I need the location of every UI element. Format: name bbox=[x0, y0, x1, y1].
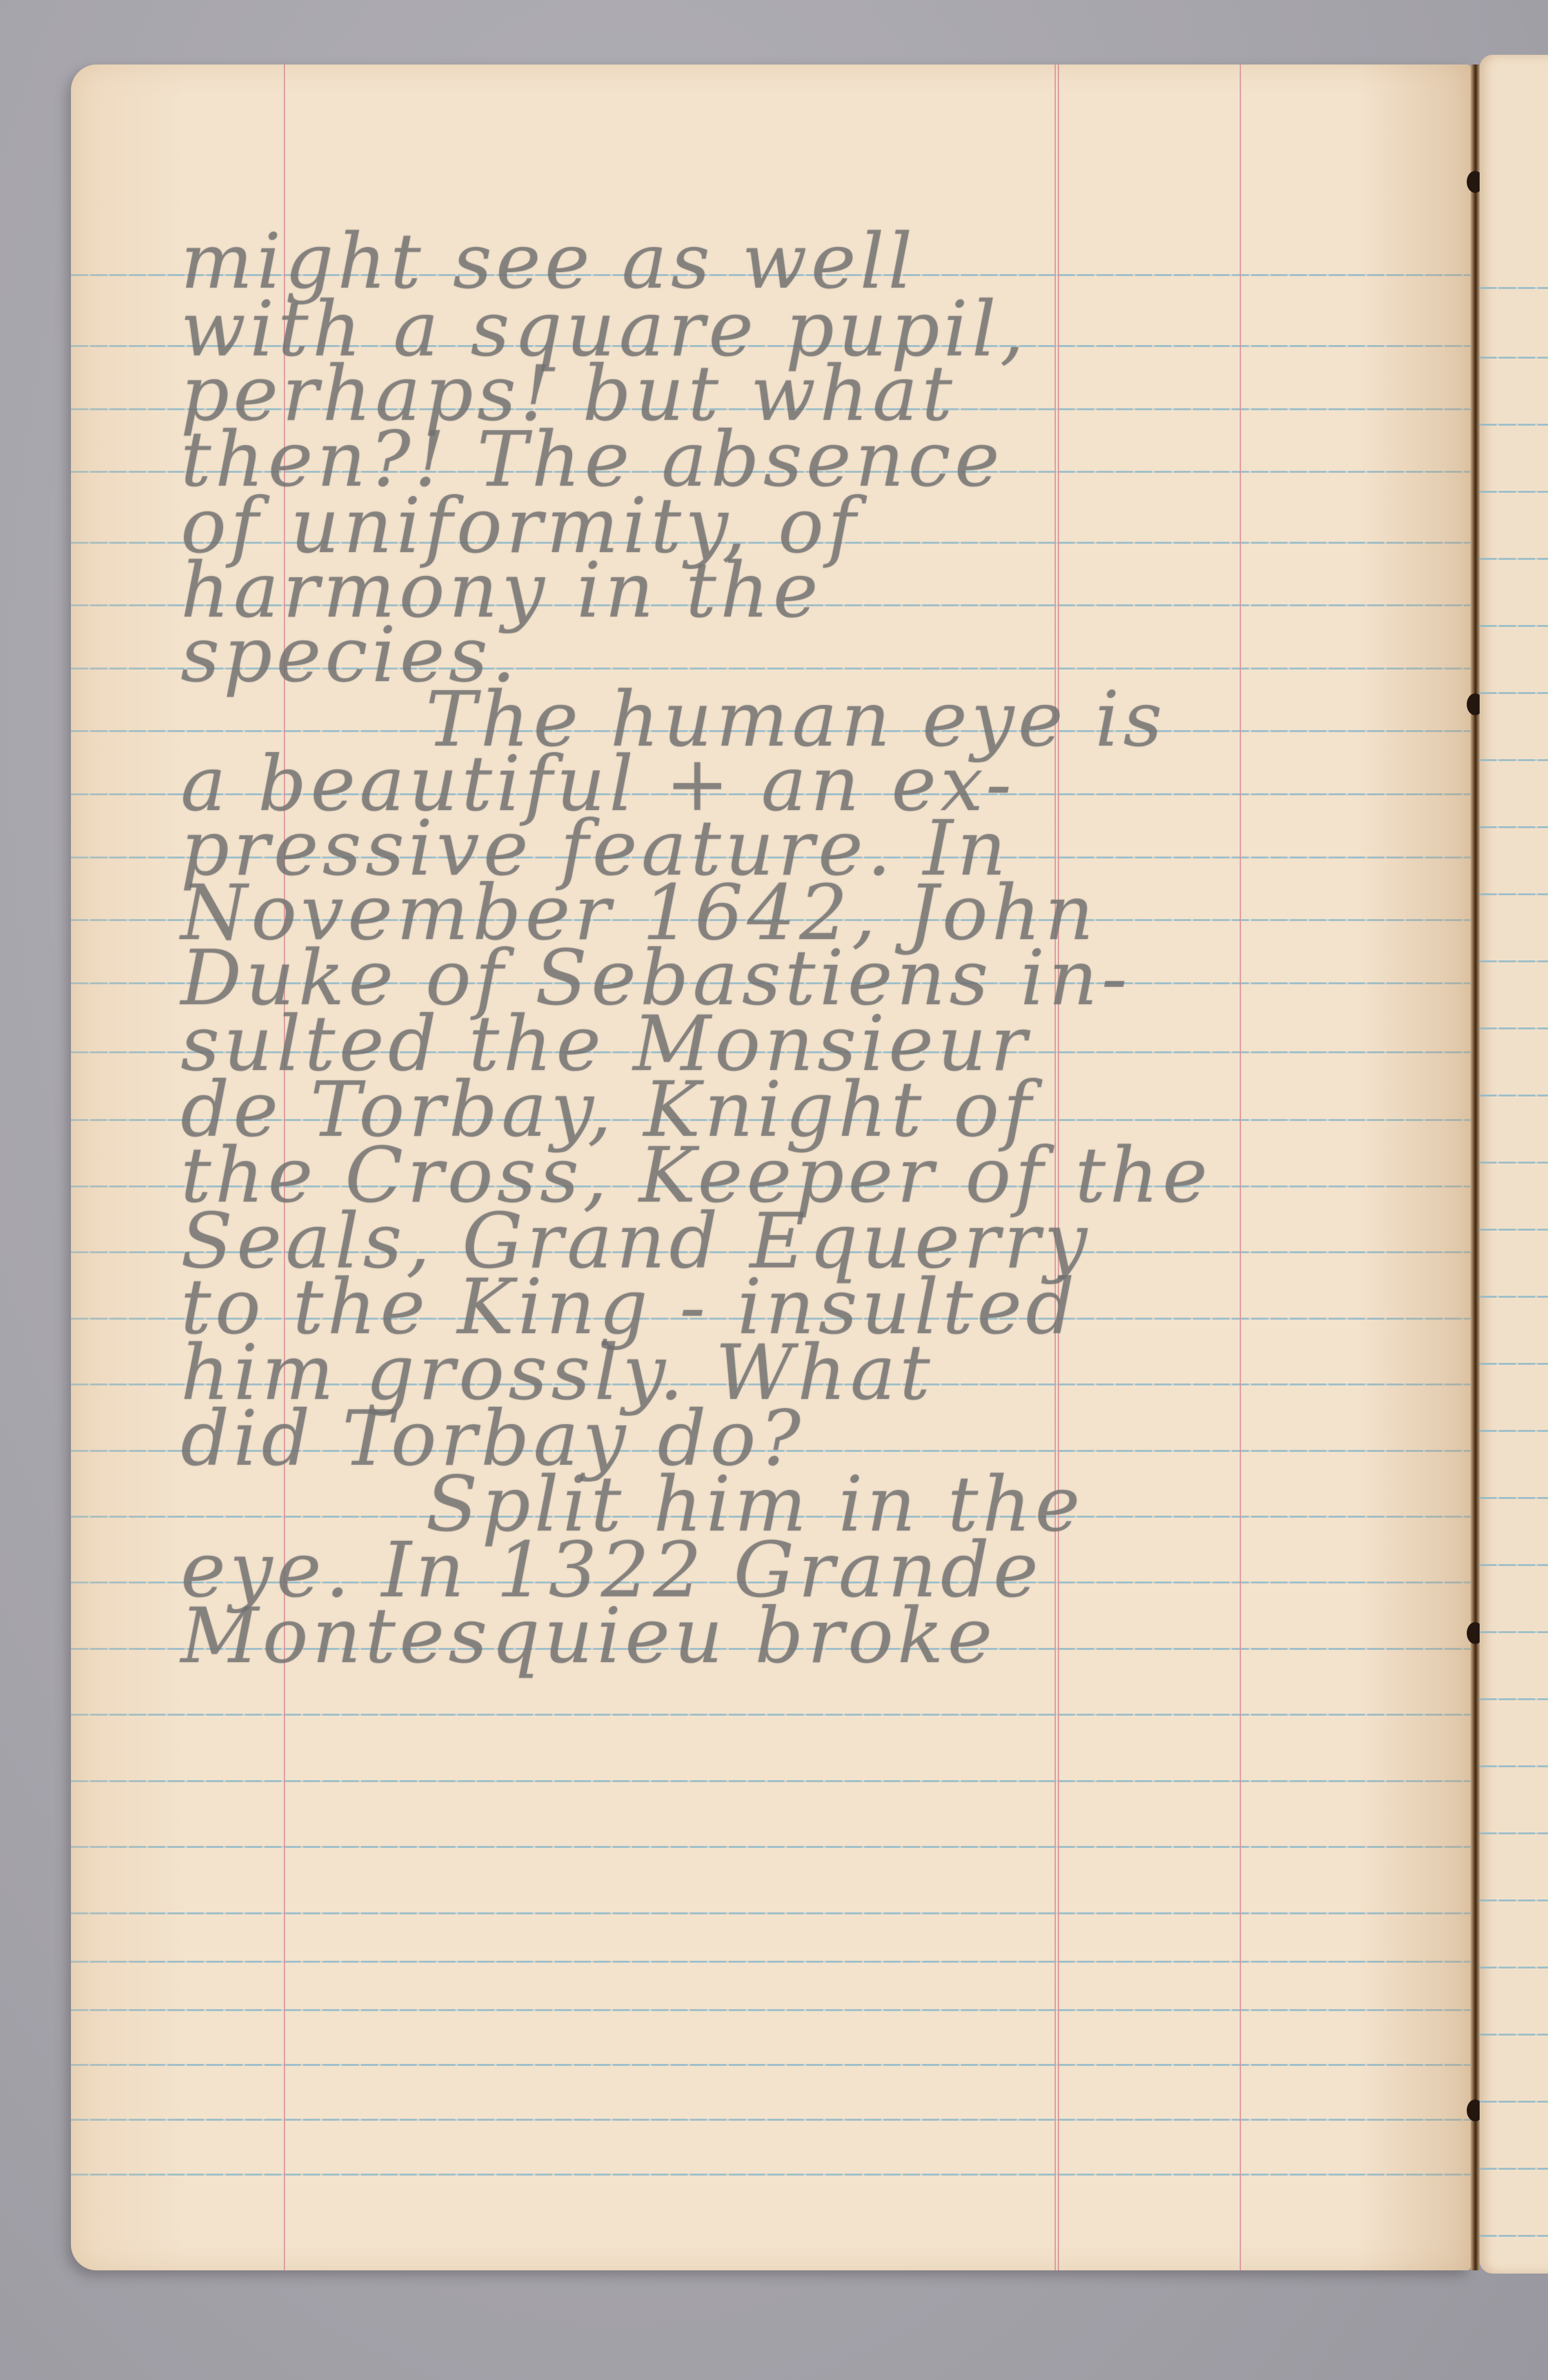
ruled-line bbox=[1480, 692, 1548, 694]
ruled-line bbox=[1480, 1564, 1548, 1566]
ruled-line bbox=[1480, 1095, 1548, 1096]
ruled-line bbox=[1480, 1832, 1548, 1834]
ruled-line bbox=[1480, 1027, 1548, 1029]
ruled-line bbox=[71, 1780, 1471, 1782]
facing-page-edge bbox=[1480, 55, 1548, 2274]
ruled-line bbox=[1480, 1967, 1548, 1968]
ruled-line bbox=[1480, 893, 1548, 895]
ruled-line bbox=[1480, 1363, 1548, 1365]
notebook-page: might see as well with a square pupil, p… bbox=[71, 64, 1471, 2270]
ruled-line bbox=[71, 2009, 1471, 2011]
ruled-line bbox=[1480, 759, 1548, 761]
ruled-line bbox=[71, 1961, 1471, 1963]
ruled-line bbox=[71, 1714, 1471, 1716]
ruled-line bbox=[1480, 1430, 1548, 1432]
ruled-line bbox=[1480, 2168, 1548, 2170]
ruled-line bbox=[1480, 1899, 1548, 1901]
text-line: Montesquieu broke bbox=[181, 1603, 1445, 1669]
ruled-line bbox=[71, 1846, 1471, 1848]
ruled-line bbox=[1480, 558, 1548, 560]
ruled-line bbox=[1480, 960, 1548, 962]
ruled-line bbox=[1480, 1229, 1548, 1231]
ruled-line bbox=[71, 2119, 1471, 2121]
ruled-line bbox=[1480, 2101, 1548, 2103]
ruled-line bbox=[1480, 1631, 1548, 1633]
ruled-line bbox=[1480, 424, 1548, 426]
ruled-line bbox=[71, 2064, 1471, 2066]
ruled-line bbox=[71, 2174, 1471, 2176]
ruled-line bbox=[1480, 491, 1548, 493]
notebook-spine bbox=[1471, 64, 1480, 2270]
ruled-line bbox=[1480, 2235, 1548, 2237]
ruled-line bbox=[1480, 1296, 1548, 1298]
ruled-line bbox=[1480, 1162, 1548, 1164]
ruled-line bbox=[1480, 826, 1548, 828]
ruled-line bbox=[1480, 625, 1548, 627]
ruled-line bbox=[1480, 1497, 1548, 1499]
ruled-line bbox=[1480, 1698, 1548, 1700]
ruled-line bbox=[1480, 1765, 1548, 1767]
ruled-line bbox=[1480, 357, 1548, 359]
ruled-line bbox=[1480, 2034, 1548, 2036]
ruled-line bbox=[71, 1912, 1471, 1914]
ruled-line bbox=[1480, 287, 1548, 289]
handwritten-text: might see as well with a square pupil, p… bbox=[181, 226, 1445, 1669]
